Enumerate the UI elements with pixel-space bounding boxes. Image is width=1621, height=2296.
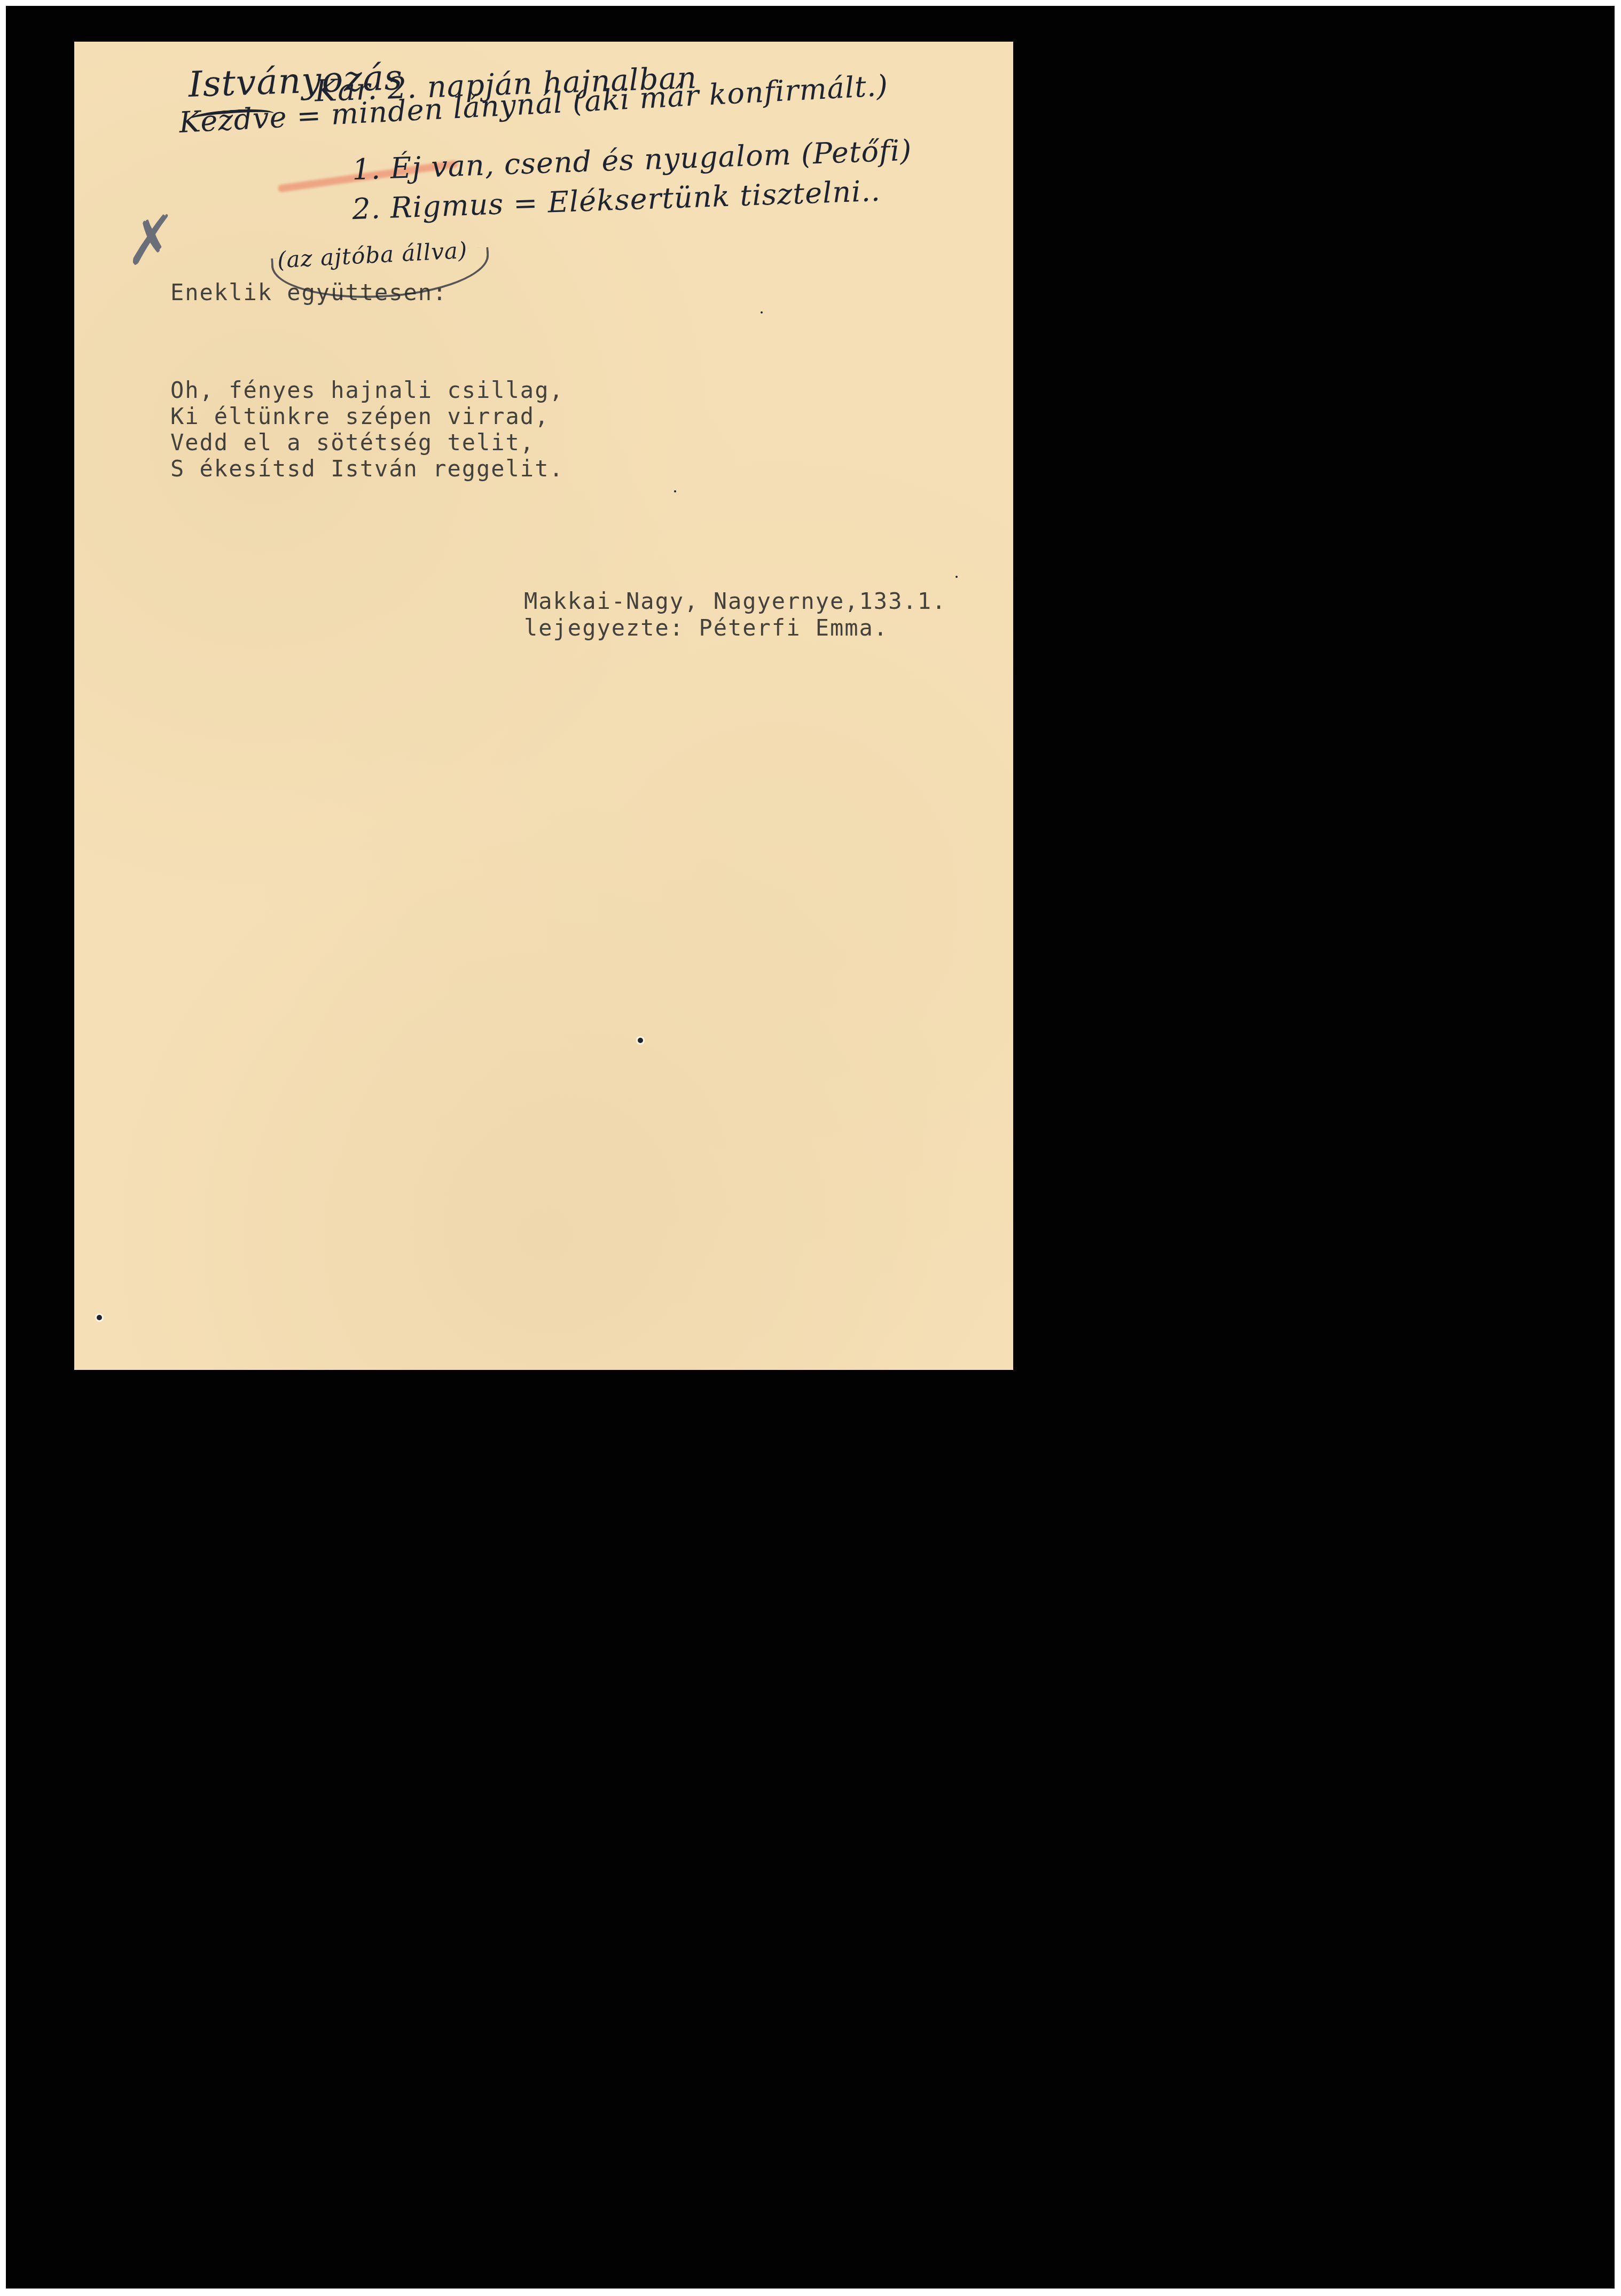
paper-speck <box>674 490 676 492</box>
verse-line: Oh, fényes hajnali csillag, <box>170 377 564 403</box>
paper-speck <box>956 576 958 578</box>
paper-speck <box>97 1315 102 1320</box>
verse-line: Vedd el a sötétség telit, <box>170 429 564 456</box>
margin-cross-mark-icon: ✗ <box>115 203 177 280</box>
attribution-source: Makkai-Nagy, Nagyernye,133.1. <box>524 588 946 615</box>
typed-verse: Oh, fényes hajnali csillag, Ki éltünkre … <box>170 377 564 482</box>
typed-attribution: Makkai-Nagy, Nagyernye,133.1. lejegyezte… <box>524 588 946 641</box>
typed-intro: Eneklik együttesen: <box>170 279 447 305</box>
verse-line: Ki éltünkre szépen virrad, <box>170 403 564 429</box>
document-page: Istványozás Kar. 2. napján hajnalban Kez… <box>74 42 1013 1370</box>
verse-line: S ékesítsd István reggelit. <box>170 456 564 482</box>
attribution-recorder: lejegyezte: Péterfi Emma. <box>524 615 946 641</box>
paper-speck <box>761 311 763 314</box>
paper-speck <box>638 1038 643 1043</box>
